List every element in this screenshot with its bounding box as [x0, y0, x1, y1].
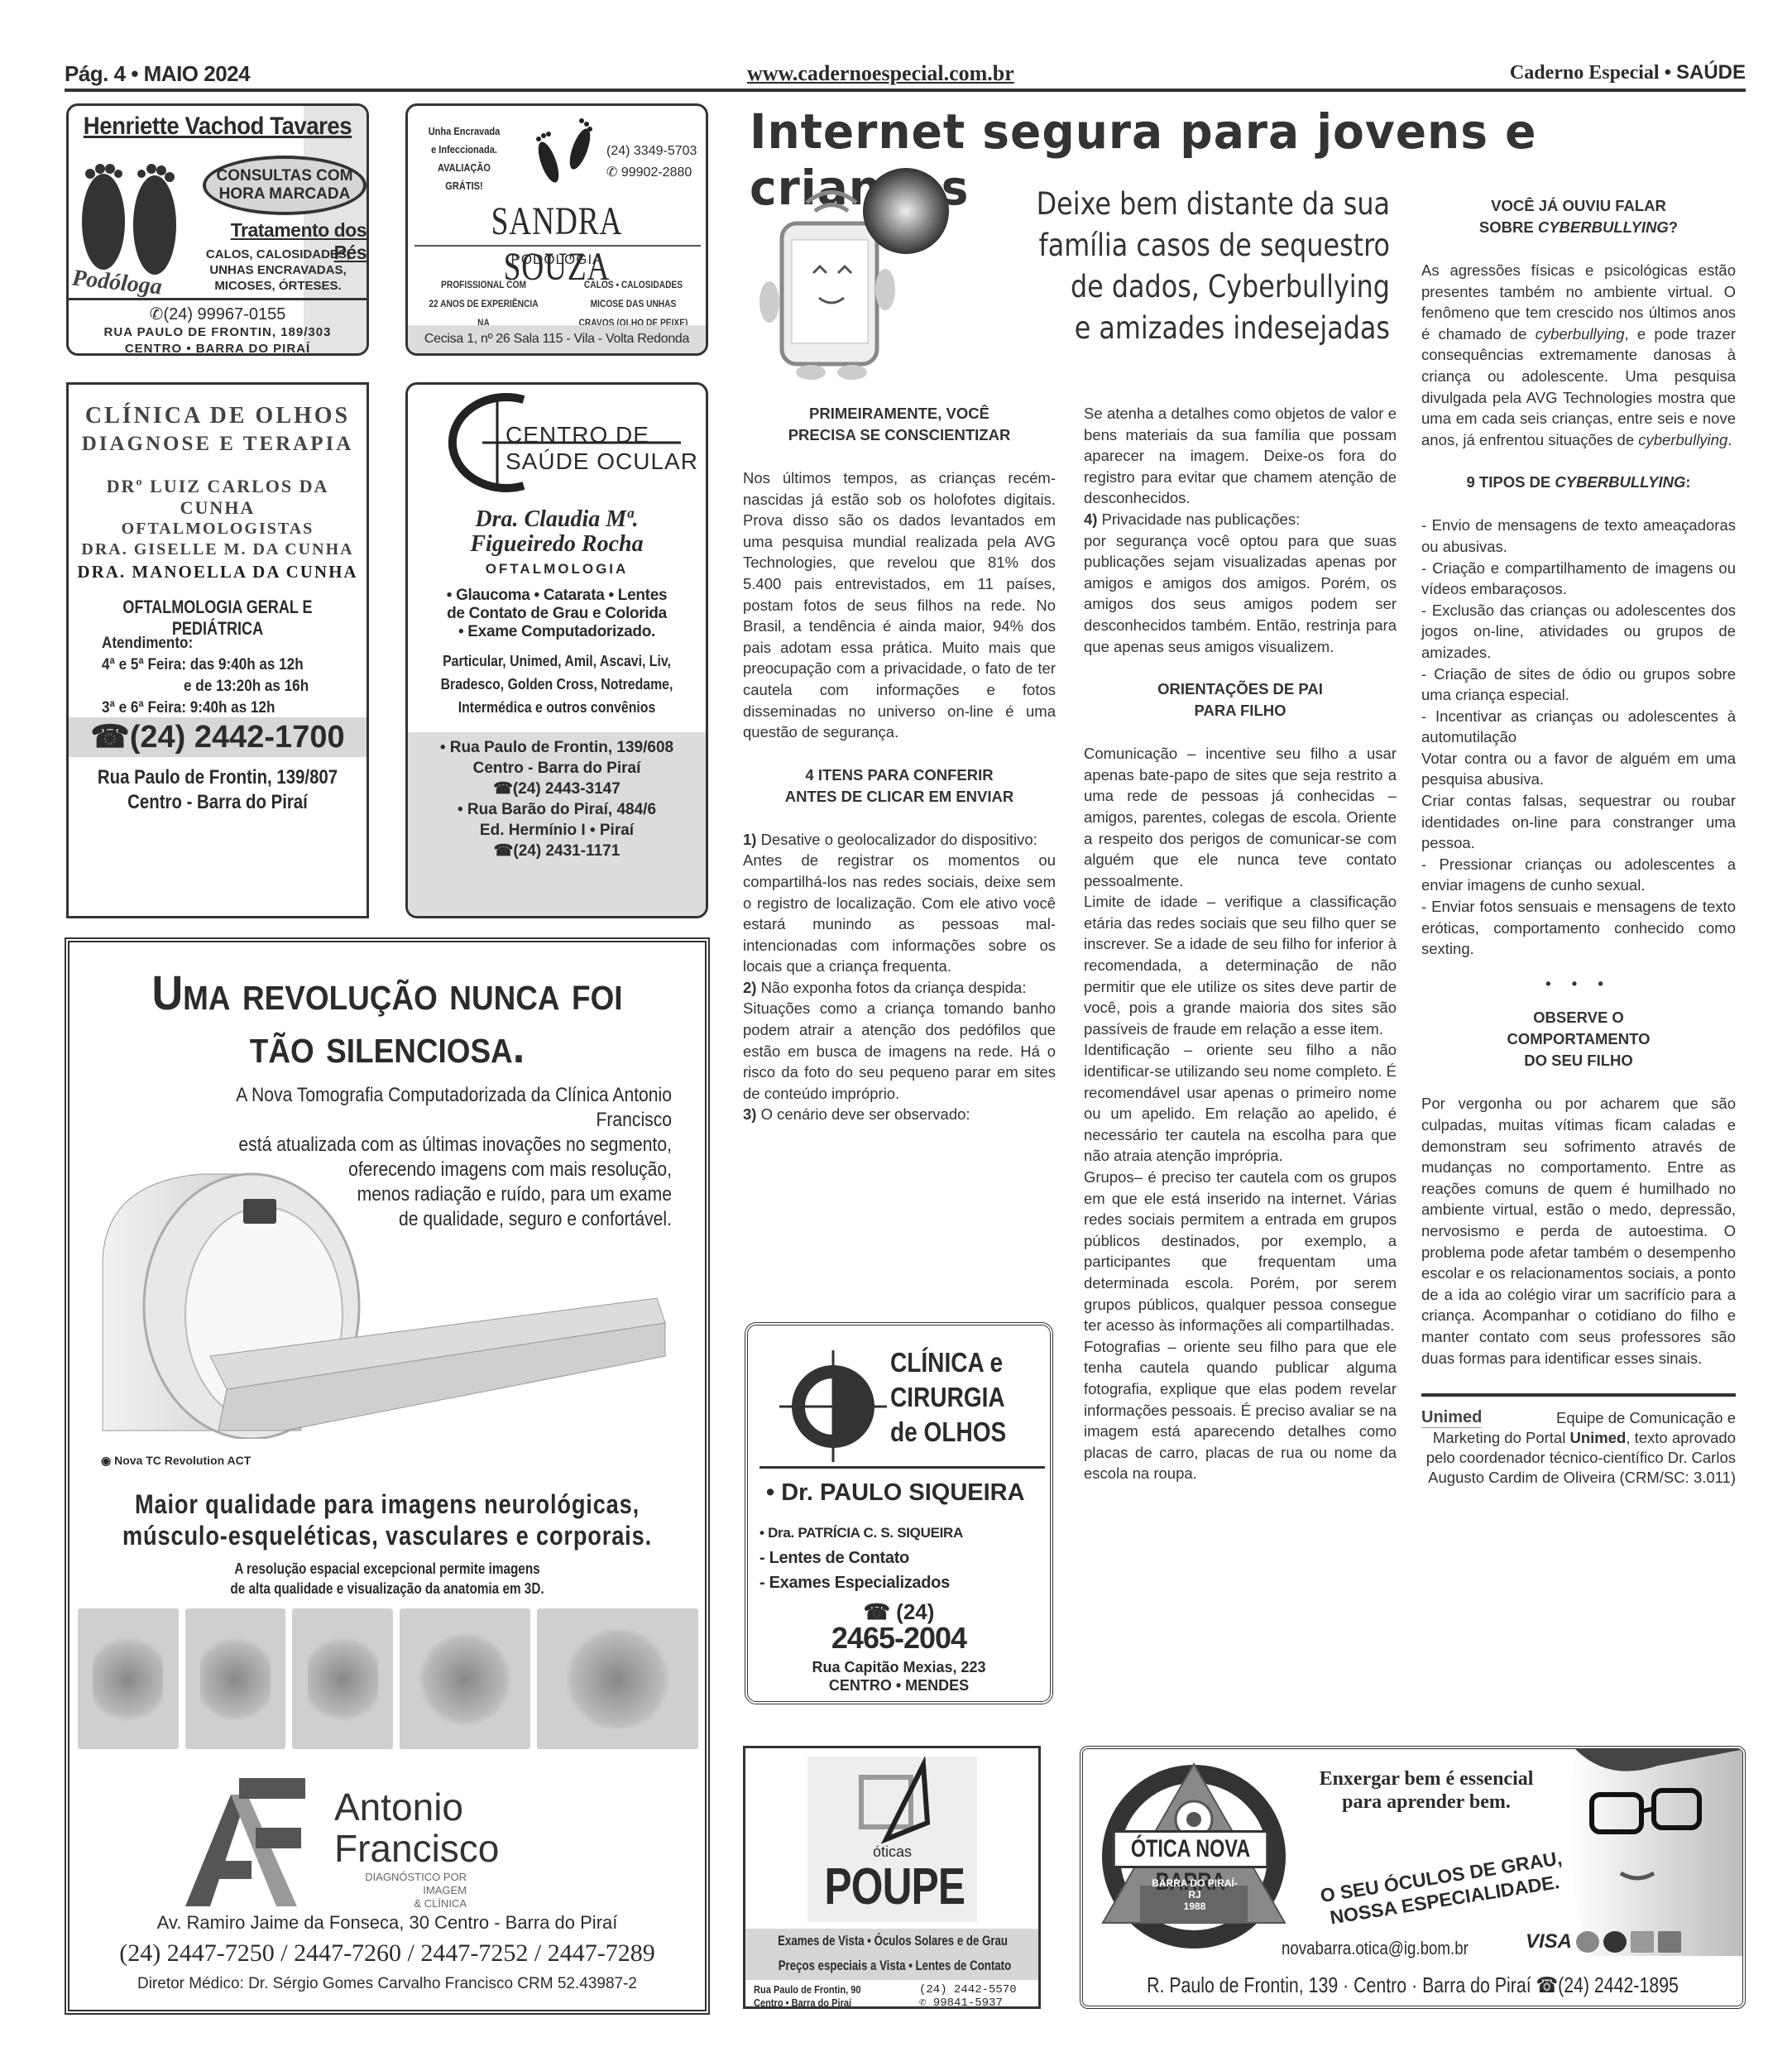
- service-item: CALOS, CALOSIDADES,: [193, 247, 363, 262]
- resolution-line: de alta qualidade e visualização da anat…: [117, 1579, 658, 1599]
- service-line: • Glaucoma • Catarata • Lentes: [408, 587, 706, 605]
- subtitle-line: & CLÍNICA: [334, 1897, 467, 1910]
- heading-emphasis: CYBERBULLYING: [1555, 473, 1685, 491]
- landline-phone[interactable]: (24) 2442-5570: [919, 1983, 1017, 1996]
- ad-otica-nova-barra: ÓTICA NOVA BARRA BARRA DO PIRAÍ-RJ 1988 …: [1080, 1746, 1746, 2009]
- list-item: - Enviar fotos sensuais e mensagens de t…: [1421, 896, 1736, 960]
- unimed-logo-icon: Unimed: [1421, 1408, 1482, 1428]
- ad-oticas-poupe: óticas POUPE Exames de Vista • Óculos So…: [743, 1746, 1041, 2009]
- contact-phones: (24) 2442-5570 ✆ 99841-5937: [919, 1983, 1017, 2009]
- text-line: PROFISSIONAL COM: [422, 276, 545, 295]
- tagline-line: para aprender bem.: [1315, 1790, 1538, 1814]
- quality-heading: Maior qualidade para imagens neurológica…: [117, 1488, 658, 1551]
- landline-phone[interactable]: (24) 3349-5703: [606, 141, 697, 162]
- paragraph: Se atenha a detalhes como objetos de val…: [1084, 403, 1397, 509]
- hours-line: 4ª e 5ª Feira: das 9:40h as 12h: [102, 654, 309, 676]
- whatsapp-phone[interactable]: ✆ 99902-2880: [606, 162, 697, 184]
- phone-number: 99841-5937: [933, 1996, 1003, 2009]
- ad-clinica-cirurgia-olhos: CLÍNICA e CIRURGIA de OLHOS • Dr. PAULO …: [745, 1322, 1053, 1704]
- band-line: Exames de Vista • Óculos Solares e de Gr…: [778, 1929, 1008, 1953]
- phone-number: (24) 99967-0155: [163, 305, 285, 324]
- lens-logo-icon: [807, 1757, 977, 1848]
- address-bar: Cecisa 1, nº 26 Sala 115 - Vila - Volta …: [408, 325, 706, 353]
- address: Rua Paulo de Frontin, 139/807 Centro - B…: [91, 765, 344, 815]
- phone-number: (24) 2431-1171: [513, 842, 620, 860]
- phone-number: (24) 2442-1700: [130, 720, 345, 755]
- location-city: Ed. Hermínio I • Piraí: [408, 822, 706, 839]
- promo-line: Unha Encravada: [422, 122, 506, 141]
- hours-line: 3ª e 6ª Feira: 9:40h as 12h: [102, 697, 309, 719]
- contact-footer: ✆(24) 99967-0155 RUA PAULO DE FRONTIN, 1…: [69, 298, 367, 356]
- section-heading: ORIENTAÇÕES DE PAIPARA FILHO: [1084, 678, 1397, 721]
- section-separator: • • •: [1421, 973, 1736, 995]
- clinic-title: CLÍNICA e CIRURGIA de OLHOS: [890, 1345, 1006, 1450]
- section-prefix: Caderno Especial •: [1510, 62, 1671, 84]
- hiper-card-icon: [1631, 1931, 1654, 1953]
- ad-antonio-francisco-tomografia: Uma revolução nunca foi tão silenciosa. …: [65, 937, 710, 2015]
- ad-headline: Uma revolução nunca foi tão silenciosa.: [101, 967, 673, 1073]
- email-link[interactable]: novabarra.otica@ig.bom.br: [1282, 1938, 1469, 1959]
- arc-title: DIAGNOSE E TERAPIA: [69, 433, 367, 456]
- amex-card-icon: [1658, 1931, 1681, 1953]
- phone-number: 99902-2880: [621, 165, 692, 180]
- af-logo-text: Antonio Francisco: [334, 1786, 499, 1869]
- section-heading: PRIMEIRAMENTE, VOCÊPRECISA SE CONSCIENTI…: [743, 403, 1056, 446]
- phone-number: (24) 2443-3147: [513, 780, 620, 798]
- ad-sandra-souza-podologia: Unha Encravada e Infeccionada. AVALIAÇÃO…: [405, 103, 708, 356]
- smartphone-globe-mascot-icon: [749, 165, 956, 381]
- decorative-rule: [414, 245, 701, 247]
- paragraph: por segurança você optou para que suas p…: [1084, 530, 1397, 658]
- phone-number: 2465-2004: [748, 1625, 1050, 1651]
- section-name: SAÚDE: [1676, 61, 1746, 84]
- ad-clinica-olhos-diagnose: CLÍNICA DE OLHOS DIAGNOSE E TERAPIA DRº …: [66, 382, 369, 918]
- address: Rua Paulo de Frontin, 90 Centro • Barra …: [754, 1983, 861, 2009]
- specialty-label: PODOLOGIA: [408, 252, 706, 268]
- item-title: Desative o geolocalizador do dispositivo…: [756, 831, 1037, 848]
- badge-line: HORA MARCADA: [206, 185, 363, 204]
- heading-line: DO SEU FILHO: [1524, 1052, 1633, 1069]
- spine-scan-image: [292, 1608, 393, 1749]
- list-item: - Pressionar crianças ou adolescentes a …: [1421, 854, 1736, 896]
- visa-card-icon: VISA: [1526, 1931, 1572, 1953]
- hours-label: Atendimento:: [102, 633, 309, 654]
- resolution-line: A resolução espacial excepcional permite…: [117, 1559, 658, 1579]
- article-column-3: VOCÊ JÁ OUVIU FALARSOBRE CYBERBULLYING? …: [1421, 195, 1736, 1488]
- logo-brand: POUPE: [825, 1857, 961, 1916]
- whatsapp-phone[interactable]: ✆ 99841-5937: [919, 1996, 1017, 2009]
- phone-icon: ☎: [90, 720, 129, 755]
- feet-icon: [75, 156, 183, 280]
- header-rule: [65, 89, 1746, 92]
- address-line: Rua Capitão Mexias, 223: [748, 1658, 1050, 1676]
- subtitle-line: de dados, Cyberbullying: [1031, 266, 1390, 308]
- location-phone[interactable]: ☎(24) 2443-3147: [408, 780, 706, 798]
- article-subtitle: Deixe bem distante da sua família casos …: [1031, 184, 1390, 349]
- doctor-name: Dra. Claudia Mª. Figueiredo Rocha: [408, 507, 706, 557]
- address-line: Centro - Barra do Piraí: [91, 790, 344, 815]
- paragraph: As agressões físicas e psicológicas estã…: [1421, 260, 1736, 450]
- insurance-line: Intermédica e outros convênios: [426, 696, 688, 719]
- location-phone[interactable]: ☎(24) 2431-1171: [408, 842, 706, 860]
- badge-line: CONSULTAS COM: [206, 167, 363, 185]
- whatsapp-icon: ✆: [606, 165, 621, 180]
- ge-logo-icon: ◉: [101, 1454, 114, 1467]
- logo-line: Antonio: [334, 1786, 499, 1828]
- masthead: Pág. 4 • MAIO 2024 www.cadernoespecial.c…: [65, 61, 1746, 89]
- arc-doctor: DRA. GISELLE M. DA CUNHA: [69, 540, 367, 559]
- scan-gallery: [78, 1608, 698, 1749]
- af-logo-subtitle: DIAGNÓSTICO POR IMAGEM & CLÍNICA: [334, 1871, 467, 1910]
- doctor-name: • Dr. PAULO SIQUEIRA: [766, 1479, 1025, 1507]
- whatsapp-phone[interactable]: ✆(24) 99967-0155: [69, 304, 367, 324]
- heading-line: SOBRE: [1479, 218, 1538, 236]
- insurance-line: Particular, Unimed, Amil, Ascavi, Liv,: [426, 650, 688, 673]
- services-list: CALOS, CALOSIDADES, UNHAS ENCRAVADAS, MI…: [193, 247, 363, 294]
- heading-line: 4 ITENS PARA CONFERIR: [805, 766, 993, 784]
- item-title: Privacidade nas publicações:: [1097, 511, 1300, 528]
- emphasis: cyberbullying: [1638, 431, 1727, 448]
- vascular-scan-image: [185, 1608, 286, 1749]
- abdomen-scan-image: [78, 1608, 179, 1749]
- list-item-title: 1) Desative o geolocalizador do disposit…: [743, 829, 1056, 851]
- promo-text: Unha Encravada e Infeccionada. AVALIAÇÃO…: [422, 122, 506, 195]
- section-heading: OBSERVE OCOMPORTAMENTODO SEU FILHO: [1421, 1007, 1736, 1071]
- tagline: Enxergar bem é essencial para aprender b…: [1315, 1767, 1538, 1814]
- paragraph: Por vergonha ou por acharem que são culp…: [1421, 1093, 1736, 1369]
- quality-line: músculo-esqueléticas, vasculares e corpo…: [117, 1520, 658, 1551]
- lung-scan-image: [400, 1608, 530, 1749]
- location-address: • Rua Barão do Piraí, 484/6: [408, 801, 706, 818]
- woman-with-glasses-image: [1542, 1749, 1745, 1956]
- insurance-line: Bradesco, Golden Cross, Notredame,: [426, 673, 688, 696]
- heading-line: OBSERVE O: [1533, 1009, 1624, 1026]
- heading-line: ORIENTAÇÕES DE PAI: [1157, 680, 1323, 697]
- title-line: CLÍNICA e: [890, 1345, 1006, 1380]
- list-item-title: 3) O cenário deve ser observado:: [743, 1104, 1056, 1125]
- address-line: Rua Paulo de Frontin, 90: [754, 1983, 861, 1996]
- service-item: MICOSES, ÓRTESES.: [193, 278, 363, 294]
- logo-line: CENTRO DE: [505, 422, 698, 448]
- heading-line: ?: [1669, 218, 1678, 236]
- heading-line: VOCÊ JÁ OUVIU FALAR: [1491, 197, 1666, 214]
- paragraph: Antes de registrar os momentos ou compar…: [743, 850, 1056, 977]
- opening-hours: Atendimento: 4ª e 5ª Feira: das 9:40h as…: [102, 633, 309, 719]
- text: , e pode trazer consequências extremamen…: [1421, 325, 1736, 448]
- intro-line: A Nova Tomografia Computadorizada da Clí…: [162, 1083, 672, 1133]
- specialty-label: OFTALMOLOGIA: [408, 561, 706, 578]
- contact-phones: (24) 3349-5703 ✆ 99902-2880: [606, 141, 697, 184]
- service-item: UNHAS ENCRAVADAS,: [193, 262, 363, 278]
- service-item: - Lentes de Contato: [759, 1546, 963, 1570]
- address-line: CENTRO • BARRA DO PIRAÍ: [69, 341, 367, 356]
- locations: • Rua Paulo de Frontin, 139/608 Centro -…: [408, 732, 706, 918]
- af-logo-icon: [185, 1778, 309, 1906]
- phone-bar[interactable]: ☎(24) 2442-1700: [69, 717, 367, 757]
- phone-numbers[interactable]: (24) 2447-7250 / 2447-7260 / 2447-7252 /…: [69, 1939, 705, 1968]
- arc-doctor: DRA. MANOELLA DA CUNHA: [69, 562, 367, 582]
- subtitle-line: Deixe bem distante da sua: [1031, 184, 1390, 225]
- title-line: de OLHOS: [890, 1415, 1006, 1450]
- section-heading: VOCÊ JÁ OUVIU FALARSOBRE CYBERBULLYING?: [1421, 195, 1736, 238]
- phone-icon: ☎: [493, 780, 513, 798]
- location-city: Centro - Barra do Piraí: [408, 760, 706, 777]
- heading-line: PRIMEIRAMENTE, VOCÊ: [809, 405, 989, 422]
- headline-line: Uma revolução nunca foi: [101, 967, 673, 1020]
- whatsapp-icon: ✆: [919, 1996, 933, 2009]
- services-band: Exames de Vista • Óculos Solares e de Gr…: [745, 1929, 1038, 1980]
- section-label: Caderno Especial • SAÚDE: [1510, 61, 1746, 84]
- services: • Dra. PATRÍCIA C. S. SIQUEIRA - Lentes …: [759, 1521, 963, 1595]
- arc-title: CLÍNICA DE OLHOS: [69, 403, 367, 429]
- ad-centro-saude-ocular: CENTRO DE SAÚDE OCULAR Dra. Claudia Mª. …: [405, 382, 708, 918]
- article-column-1: PRIMEIRAMENTE, VOCÊPRECISA SE CONSCIENTI…: [743, 403, 1056, 1125]
- address-line: Centro • Barra do Piraí: [754, 1996, 861, 2009]
- hours-line: e de 13:20h as 16h: [102, 676, 309, 697]
- emphasis: cyberbullying: [1536, 325, 1625, 343]
- arc-specialists: OFTALMOLOGISTAS: [69, 520, 367, 539]
- address-line: CENTRO • MENDES: [748, 1676, 1050, 1695]
- paragraph: Situações como a criança tomando banho p…: [743, 998, 1056, 1104]
- doctor-line: Figueiredo Rocha: [408, 532, 706, 557]
- skull-scan-image: [537, 1608, 698, 1749]
- resolution-text: A resolução espacial excepcional permite…: [117, 1559, 658, 1599]
- logo-line: Francisco: [334, 1828, 499, 1869]
- doctor-line: Dra. Claudia Mª.: [408, 507, 706, 532]
- mastercard-icon: [1576, 1931, 1599, 1953]
- page-number-date: Pág. 4 • MAIO 2024: [65, 61, 250, 87]
- list-item: Votar contra ou a favor de alguém em uma…: [1421, 748, 1736, 790]
- section-heading: 4 ITENS PARA CONFERIRANTES DE CLICAR EM …: [743, 765, 1056, 808]
- list-item-title: 2) Não exponha fotos da criança despida:: [743, 977, 1056, 999]
- promo-line: e Infeccionada.: [422, 141, 506, 159]
- heading-line: ANTES DE CLICAR EM ENVIAR: [785, 788, 1014, 805]
- intro-line: está atualizada com as últimas inovações…: [162, 1133, 672, 1158]
- item-number: 1): [743, 831, 756, 848]
- section-heading: 9 TIPOS DE CYBERBULLYING:: [1421, 472, 1736, 493]
- tagline-line: Enxergar bem é essencial: [1315, 1767, 1538, 1790]
- item-number: 3): [743, 1105, 756, 1123]
- paragraph: Identificação – oriente seu filho a não …: [1084, 1039, 1397, 1167]
- insurance-list: Particular, Unimed, Amil, Ascavi, Liv, B…: [426, 650, 688, 719]
- address: Rua Capitão Mexias, 223 CENTRO • MENDES: [748, 1658, 1050, 1695]
- service-item: - Exames Especializados: [759, 1570, 963, 1595]
- subtitle-line: e amizades indesejadas: [1031, 308, 1390, 349]
- logo-text: CENTRO DE SAÚDE OCULAR: [505, 422, 698, 475]
- ct-scanner-image: [86, 1166, 682, 1439]
- since-line: 1988: [1149, 1901, 1240, 1912]
- promo-line: AVALIAÇÃO GRÁTIS!: [422, 159, 506, 195]
- address: Av. Ramiro Jaime da Fonseca, 30 Centro -…: [69, 1912, 705, 1934]
- headline-line: tão silenciosa.: [101, 1020, 673, 1073]
- logo-line: SAÚDE OCULAR: [505, 448, 698, 475]
- list-item: - Envio de mensagens de texto ameaçadora…: [1421, 515, 1736, 557]
- list-item: Criar contas falsas, sequestrar ou rouba…: [1421, 790, 1736, 854]
- heading-line: PRECISA SE CONSCIENTIZAR: [788, 426, 1011, 443]
- heading-line: COMPORTAMENTO: [1507, 1030, 1650, 1047]
- subtitle-line: família casos de sequestro: [1031, 225, 1390, 266]
- title-line: CIRURGIA: [890, 1380, 1006, 1415]
- elo-card-icon: [1603, 1931, 1627, 1953]
- item-title: Não exponha fotos da criança despida:: [756, 979, 1026, 996]
- text-line: CALOS • CALOSIDADES: [572, 276, 695, 295]
- signature-rule: [1421, 1393, 1736, 1397]
- subtitle-line: DIAGNÓSTICO POR IMAGEM: [334, 1871, 467, 1897]
- appointment-badge: CONSULTAS COM HORA MARCADA: [203, 156, 367, 215]
- list-item: - Exclusão das crianças ou adolescentes …: [1421, 600, 1736, 664]
- brand-since: BARRA DO PIRAÍ-RJ 1988: [1149, 1877, 1240, 1912]
- list-item: - Incentivar as crianças ou adolescentes…: [1421, 706, 1736, 748]
- address-line: Rua Paulo de Frontin, 139/807: [91, 765, 344, 790]
- doctor-name: DRº LUIZ CARLOS DA CUNHA: [69, 476, 367, 519]
- ad-henriette-podologa: Henriette Vachod Tavares Podóloga CONSUL…: [66, 103, 369, 356]
- address-line: RUA PAULO DE FRONTIN, 189/303: [69, 324, 367, 341]
- footprints-icon: [524, 114, 606, 193]
- heading-line: PARA FILHO: [1195, 702, 1287, 719]
- service-line: • Exame Computadorizado.: [408, 623, 706, 641]
- article-column-2: Se atenha a detalhes como objetos de val…: [1084, 403, 1397, 1484]
- list-item-title: 4) Privacidade nas publicações:: [1084, 509, 1397, 530]
- item-title: O cenário deve ser observado:: [756, 1105, 970, 1123]
- slogan: O SEU ÓCULOS DE GRAU, NOSSA ESPECIALIDAD…: [1313, 1845, 1574, 1931]
- website-link[interactable]: www.cadernoespecial.com.br: [747, 61, 1014, 86]
- services: • Glaucoma • Catarata • Lentes de Contat…: [408, 587, 706, 641]
- brand-banner: ÓTICA NOVA BARRA: [1113, 1830, 1267, 1868]
- heading-emphasis: CYBERBULLYING: [1538, 218, 1669, 236]
- divider: [759, 1466, 1045, 1469]
- band-line: Preços especiais a Vista • Lentes de Con…: [779, 1953, 1012, 1978]
- phone-icon: ☎: [494, 842, 514, 860]
- heading-line: :: [1685, 473, 1690, 491]
- address-phone: R. Paulo de Frontin, 139 · Centro · Barr…: [1143, 1973, 1684, 1998]
- list-item: - Criação e compartilhamento de imagens …: [1421, 558, 1736, 600]
- caption-text: Nova TC Revolution ACT: [114, 1454, 251, 1467]
- paragraph: Grupos– é preciso ter cautela com os gru…: [1084, 1167, 1397, 1336]
- whatsapp-icon: ✆: [150, 305, 164, 324]
- services-text: CALOS • CALOSIDADES MICOSE DAS UNHAS CRA…: [572, 276, 695, 333]
- location-address: • Rua Paulo de Frontin, 139/608: [408, 739, 706, 756]
- paragraph: Limite de idade – verifique a classifica…: [1084, 891, 1397, 1039]
- text-line: MICOSE DAS UNHAS: [572, 295, 695, 314]
- doctor-name: • Dra. PATRÍCIA C. S. SIQUEIRA: [759, 1521, 963, 1546]
- paragraph: Fotografias – oriente seu filho para que…: [1084, 1336, 1397, 1484]
- quality-line: Maior qualidade para imagens neurológica…: [117, 1488, 658, 1520]
- payment-cards: VISA: [1526, 1931, 1681, 1953]
- author-signature: Unimed Equipe de Comunicação e Marketing…: [1421, 1408, 1736, 1488]
- ge-caption: ◉ Nova TC Revolution ACT: [101, 1454, 251, 1468]
- phone[interactable]: ☎ (24) 2465-2004: [748, 1599, 1050, 1651]
- text: .: [1727, 431, 1732, 448]
- crosshair-eye-icon: [779, 1350, 887, 1462]
- since-line: BARRA DO PIRAÍ-RJ: [1149, 1877, 1240, 1901]
- paragraph: Comunicação – incentive seu filho a usar…: [1084, 743, 1397, 891]
- heading-line: 9 TIPOS DE: [1466, 473, 1555, 491]
- list-item: - Criação de sites de ódio ou grupos sob…: [1421, 664, 1736, 706]
- ad-title: Henriette Vachod Tavares: [80, 113, 354, 141]
- service-line: de Contato de Grau e Colorida: [408, 605, 706, 623]
- item-number: 4): [1084, 511, 1097, 528]
- medical-director: Diretor Médico: Dr. Sérgio Gomes Carvalh…: [69, 1975, 705, 1993]
- signature-brand: Unimed: [1569, 1429, 1626, 1446]
- item-number: 2): [743, 979, 756, 996]
- paragraph: Nos últimos tempos, as crianças recém-na…: [743, 467, 1056, 743]
